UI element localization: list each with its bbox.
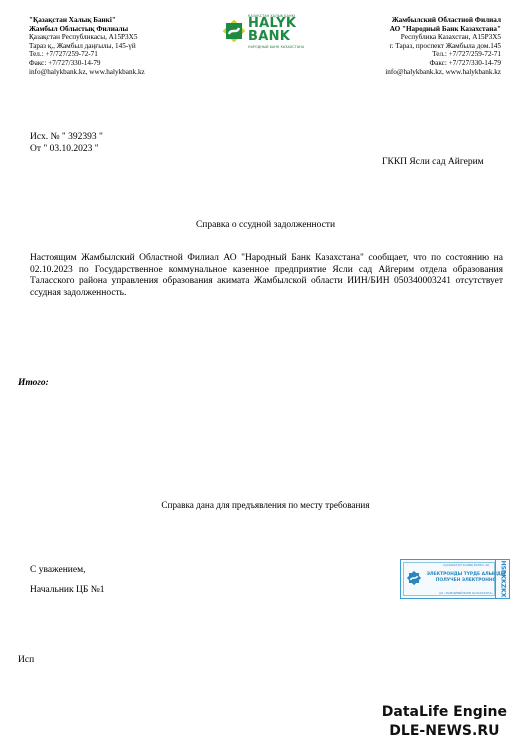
outgoing-number: Исх. № " 392393 " — [30, 132, 103, 144]
country-postcode-ru: Республика Казахстан, А15Р3Х5 — [331, 33, 501, 42]
halyk-emblem-icon — [222, 19, 246, 43]
logo-word-bank: BANK — [248, 31, 290, 43]
contacts-ru: info@halykbank.kz, www.halykbank.kz — [331, 68, 501, 77]
phone-kz: Тел.: +7/727/259-72-71 — [29, 50, 199, 59]
signatory-position: Начальник ЦБ №1 — [30, 585, 105, 595]
halyk-bank-logo: ҚАЗАҚСТАН ХАЛЫҚ БАНКІ HALYK BANK НАРОДНЫ… — [222, 14, 314, 50]
closing-regards: С уважением, — [30, 565, 85, 575]
issued-for-note: Справка дана для предъявления по месту т… — [0, 500, 531, 510]
country-postcode-kz: Қазақстан Республикасы, А15Р3Х5 — [29, 33, 199, 42]
street-address-kz: Тараз қ., Жамбыл даңғылы, 145-үй — [29, 42, 199, 51]
contacts-kz: info@halykbank.kz, www.halykbank.kz — [29, 68, 199, 77]
document-body: Настоящим Жамбылский Областной Филиал АО… — [30, 253, 503, 300]
fax-kz: Факс: +7/727/330-14-79 — [29, 59, 199, 68]
street-address-ru: г. Тараз, проспект Жамбыла дом.145 — [331, 42, 501, 51]
addressee: ГККП Ясли сад Айгерим — [382, 157, 484, 167]
electronic-receipt-stamp: «ҚАЗАҚСТАН ХАЛЫҚ БАНКІ» АҚ ЭЛЕКТРОНДЫ ТҮ… — [400, 559, 510, 599]
watermark-line2: DLE-NEWS.RU — [382, 722, 507, 741]
bank-name-kz: "Қазақстан Халық Банкі" — [29, 16, 199, 25]
document-title: Справка о ссудной задолженности — [0, 220, 531, 230]
stamp-code-text: HSBKKZKX — [499, 561, 506, 598]
reference-block: Исх. № " 392393 " От " 03.10.2023 " — [30, 132, 103, 155]
branch-name-ru: Жамбылский Областной Филиал — [331, 16, 501, 25]
document-date: От " 03.10.2023 " — [30, 144, 103, 156]
logo-tagline-ru: НАРОДНЫЙ БАНК КАЗАХСТАНА — [248, 45, 304, 49]
phone-ru: Тел.: +7/727/259-72-71 — [331, 50, 501, 59]
fax-ru: Факс: +7/727/330-14-79 — [331, 59, 501, 68]
watermark-line1: DataLife Engine — [382, 703, 507, 722]
branch-name-kz: Жамбыл Облыстық Филиалы — [29, 25, 199, 34]
stamp-emblem-icon — [406, 570, 422, 586]
stamp-swift-code: HSBKKZKX — [495, 560, 509, 598]
total-label: Итого: — [18, 378, 49, 388]
bank-name-ru: АО "Народный Банк Казахстана" — [331, 25, 501, 34]
watermark: DataLife Engine DLE-NEWS.RU — [382, 703, 507, 741]
executor-label: Исп — [18, 655, 34, 665]
header-left-address: "Қазақстан Халық Банкі" Жамбыл Облыстық … — [29, 16, 199, 76]
header-right-address: Жамбылский Областной Филиал АО "Народный… — [331, 16, 501, 76]
